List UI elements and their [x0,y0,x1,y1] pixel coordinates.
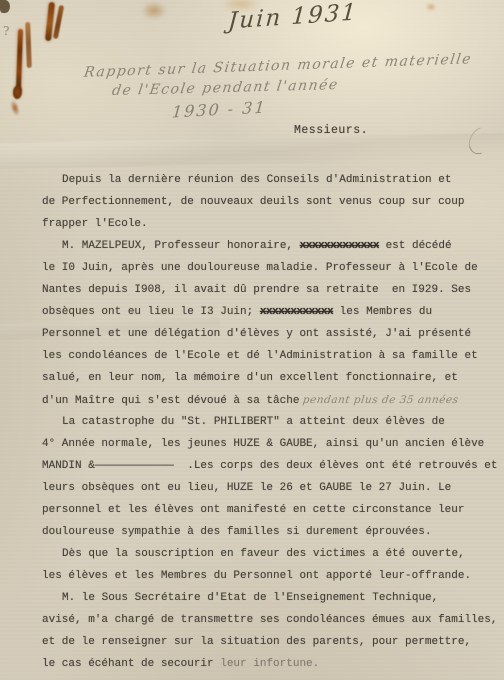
document-line: Personnel et une délégation d'élèves y o… [42,323,504,345]
document-line: salué, en leur nom, la mémoire d'un exce… [42,367,504,389]
typed-text: obsèques ont eu lieu le I3 Juin; [42,306,260,318]
document-line: avisé, m'a chargé de transmettre ses con… [42,609,504,631]
typed-text: Dès que la souscription en faveur des vi… [62,548,465,560]
document-line: personnel et les élèves ont manifesté en… [42,499,504,521]
typed-text: Depuis la dernière réunion des Conseils … [62,174,451,186]
document-line: MANDIN &———————————— .Les corps des deux… [42,455,504,477]
document-line: Nantes depuis I908, il avait dû prendre … [42,279,504,301]
document-line: les condoléances de l'Ecole et dé l'Admi… [42,345,504,367]
typed-text: leurs obsèques ont eu lieu, HUZE le 26 e… [42,482,451,494]
paper-stain [142,2,166,19]
document-page: ? Juin 1931 Rapport sur la Situation mor… [0,0,504,680]
rust-stain [13,86,22,99]
salutation: Messieurs. [294,124,368,137]
typed-text: xxxxxxxxxxxx [260,306,333,318]
rust-stain [9,99,22,117]
typed-text: le cas écéhant de secourir [42,658,220,670]
typed-text: xxxxxxxxxxxxx [300,240,379,252]
handwritten-subject-line3: 1930 - 31 [171,97,267,121]
document-line: et de le renseigner sur la situation des… [42,631,504,653]
wrinkle-mark [464,122,498,158]
document-line: les élèves et les Membres du Personnel o… [42,565,504,587]
typed-text: et de le renseigner sur la situation des… [42,636,471,648]
document-line: d'un Maître qui s'est dévoué à sa tâche … [42,389,504,411]
document-line: de Perfectionnement, de nouveaux deuils … [42,191,504,213]
typed-text: salué, en leur nom, la mémoire d'un exce… [42,372,458,384]
typed-text: leur infortune. [220,658,319,670]
document-line: La catastrophe du "St. PHILIBERT" a atte… [42,411,504,433]
document-line: le cas écéhant de secourir leur infortun… [42,653,504,675]
typed-text: les élèves et les Membres du Personnel o… [42,570,471,582]
typed-text: 4° Année normale, les jeunes HUZE & GAUB… [42,438,484,450]
document-line: douloureuse sympathie à des familles si … [42,521,504,543]
document-line: Depuis la dernière réunion des Conseils … [42,169,504,191]
rust-stain [53,5,64,39]
typed-text: les condoléances de l'Ecole et dé l'Admi… [42,350,478,362]
typed-text: douloureuse sympathie à des familles si … [42,526,431,538]
document-line: M. MAZELPEUX, Professeur honoraire, xxxx… [42,235,504,257]
typed-text: Personnel et une délégation d'élèves y o… [42,328,471,340]
document-line: M. le Sous Secrétaire d'Etat de l'Enseig… [42,587,504,609]
typed-text: frapper l'Ecole. [42,218,148,230]
corner-stain [0,0,10,13]
stray-pencil-mark: ? [3,24,9,38]
handwritten-subject-line2: de l'Ecole pendant l'année [111,77,340,99]
handwritten-note: pendant plus de 35 années [298,389,461,411]
paper-stain [426,3,436,11]
paper-crease [0,133,504,170]
typed-text: d'un Maître qui s'est dévoué à sa tâche [42,395,299,407]
typed-text: Nantes depuis I908, il avait dû prendre … [42,284,471,296]
typed-text: M. le Sous Secrétaire d'Etat de l'Enseig… [62,592,438,604]
typed-text: personnel et les élèves ont manifesté en… [42,504,464,516]
rust-stain [25,22,32,68]
document-line: 4° Année normale, les jeunes HUZE & GAUB… [42,433,504,455]
typed-text: M. MAZELPEUX, Professeur honoraire, [62,240,300,252]
typed-text: MANDIN &———————————— .Les corps des deux… [42,460,497,472]
document-line: le I0 Juin, après une douloureuse maladi… [42,257,504,279]
document-line: frapper l'Ecole. [42,213,504,235]
typed-text: avisé, m'a chargé de transmettre ses con… [42,614,497,626]
typed-text: est décédé [379,240,452,252]
typed-text: La catastrophe du "St. PHILIBERT" a atte… [62,416,445,428]
handwritten-subject-line1: Rapport sur la Situation morale et mater… [83,51,473,81]
typed-text: le I0 Juin, après une douloureuse maladi… [42,262,478,274]
document-line: Dès que la souscription en faveur des vi… [42,543,504,565]
document-body: Depuis la dernière réunion des Conseils … [42,169,504,675]
typed-text: de Perfectionnement, de nouveaux deuils … [42,196,464,208]
typed-text: les Membres du [333,306,432,318]
document-line: leurs obsèques ont eu lieu, HUZE le 26 e… [42,477,504,499]
rust-stain [16,29,23,90]
document-line: obsèques ont eu lieu le I3 Juin; xxxxxxx… [42,301,504,323]
